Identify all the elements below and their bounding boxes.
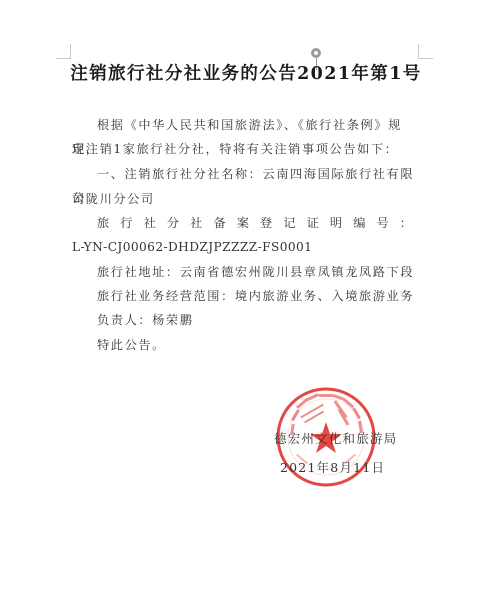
page-corner-top-left <box>56 44 71 59</box>
anchor-icon[interactable] <box>311 48 321 58</box>
intro-line-2: 现注销1家旅行社分社，特将有关注销事项公告如下： <box>72 137 417 161</box>
scope-line: 旅行社业务经营范围：境内旅游业务、入境旅游业务 <box>72 284 417 308</box>
page-corner-top-right <box>418 44 433 59</box>
closing-line: 特此公告。 <box>72 333 417 357</box>
responsible-line: 负责人：杨荣鹏 <box>72 308 417 332</box>
item1-line-2: 司陇川分公司 <box>72 187 417 211</box>
record-number: L-YN-CJ00062-DHDZJPZZZZ-FS0001 <box>72 235 417 259</box>
record-label: 旅行社分社备案登记证明编号： <box>72 211 417 235</box>
document-title: 注销旅行社分社业务的公告2021年第1号 <box>0 60 492 85</box>
address-line: 旅行社地址：云南省德宏州陇川县章凤镇龙凤路下段 <box>72 260 417 284</box>
issuer-signature: 德宏州文化和旅游局 <box>274 429 424 447</box>
issue-date: 2021年8月11日 <box>280 458 430 476</box>
